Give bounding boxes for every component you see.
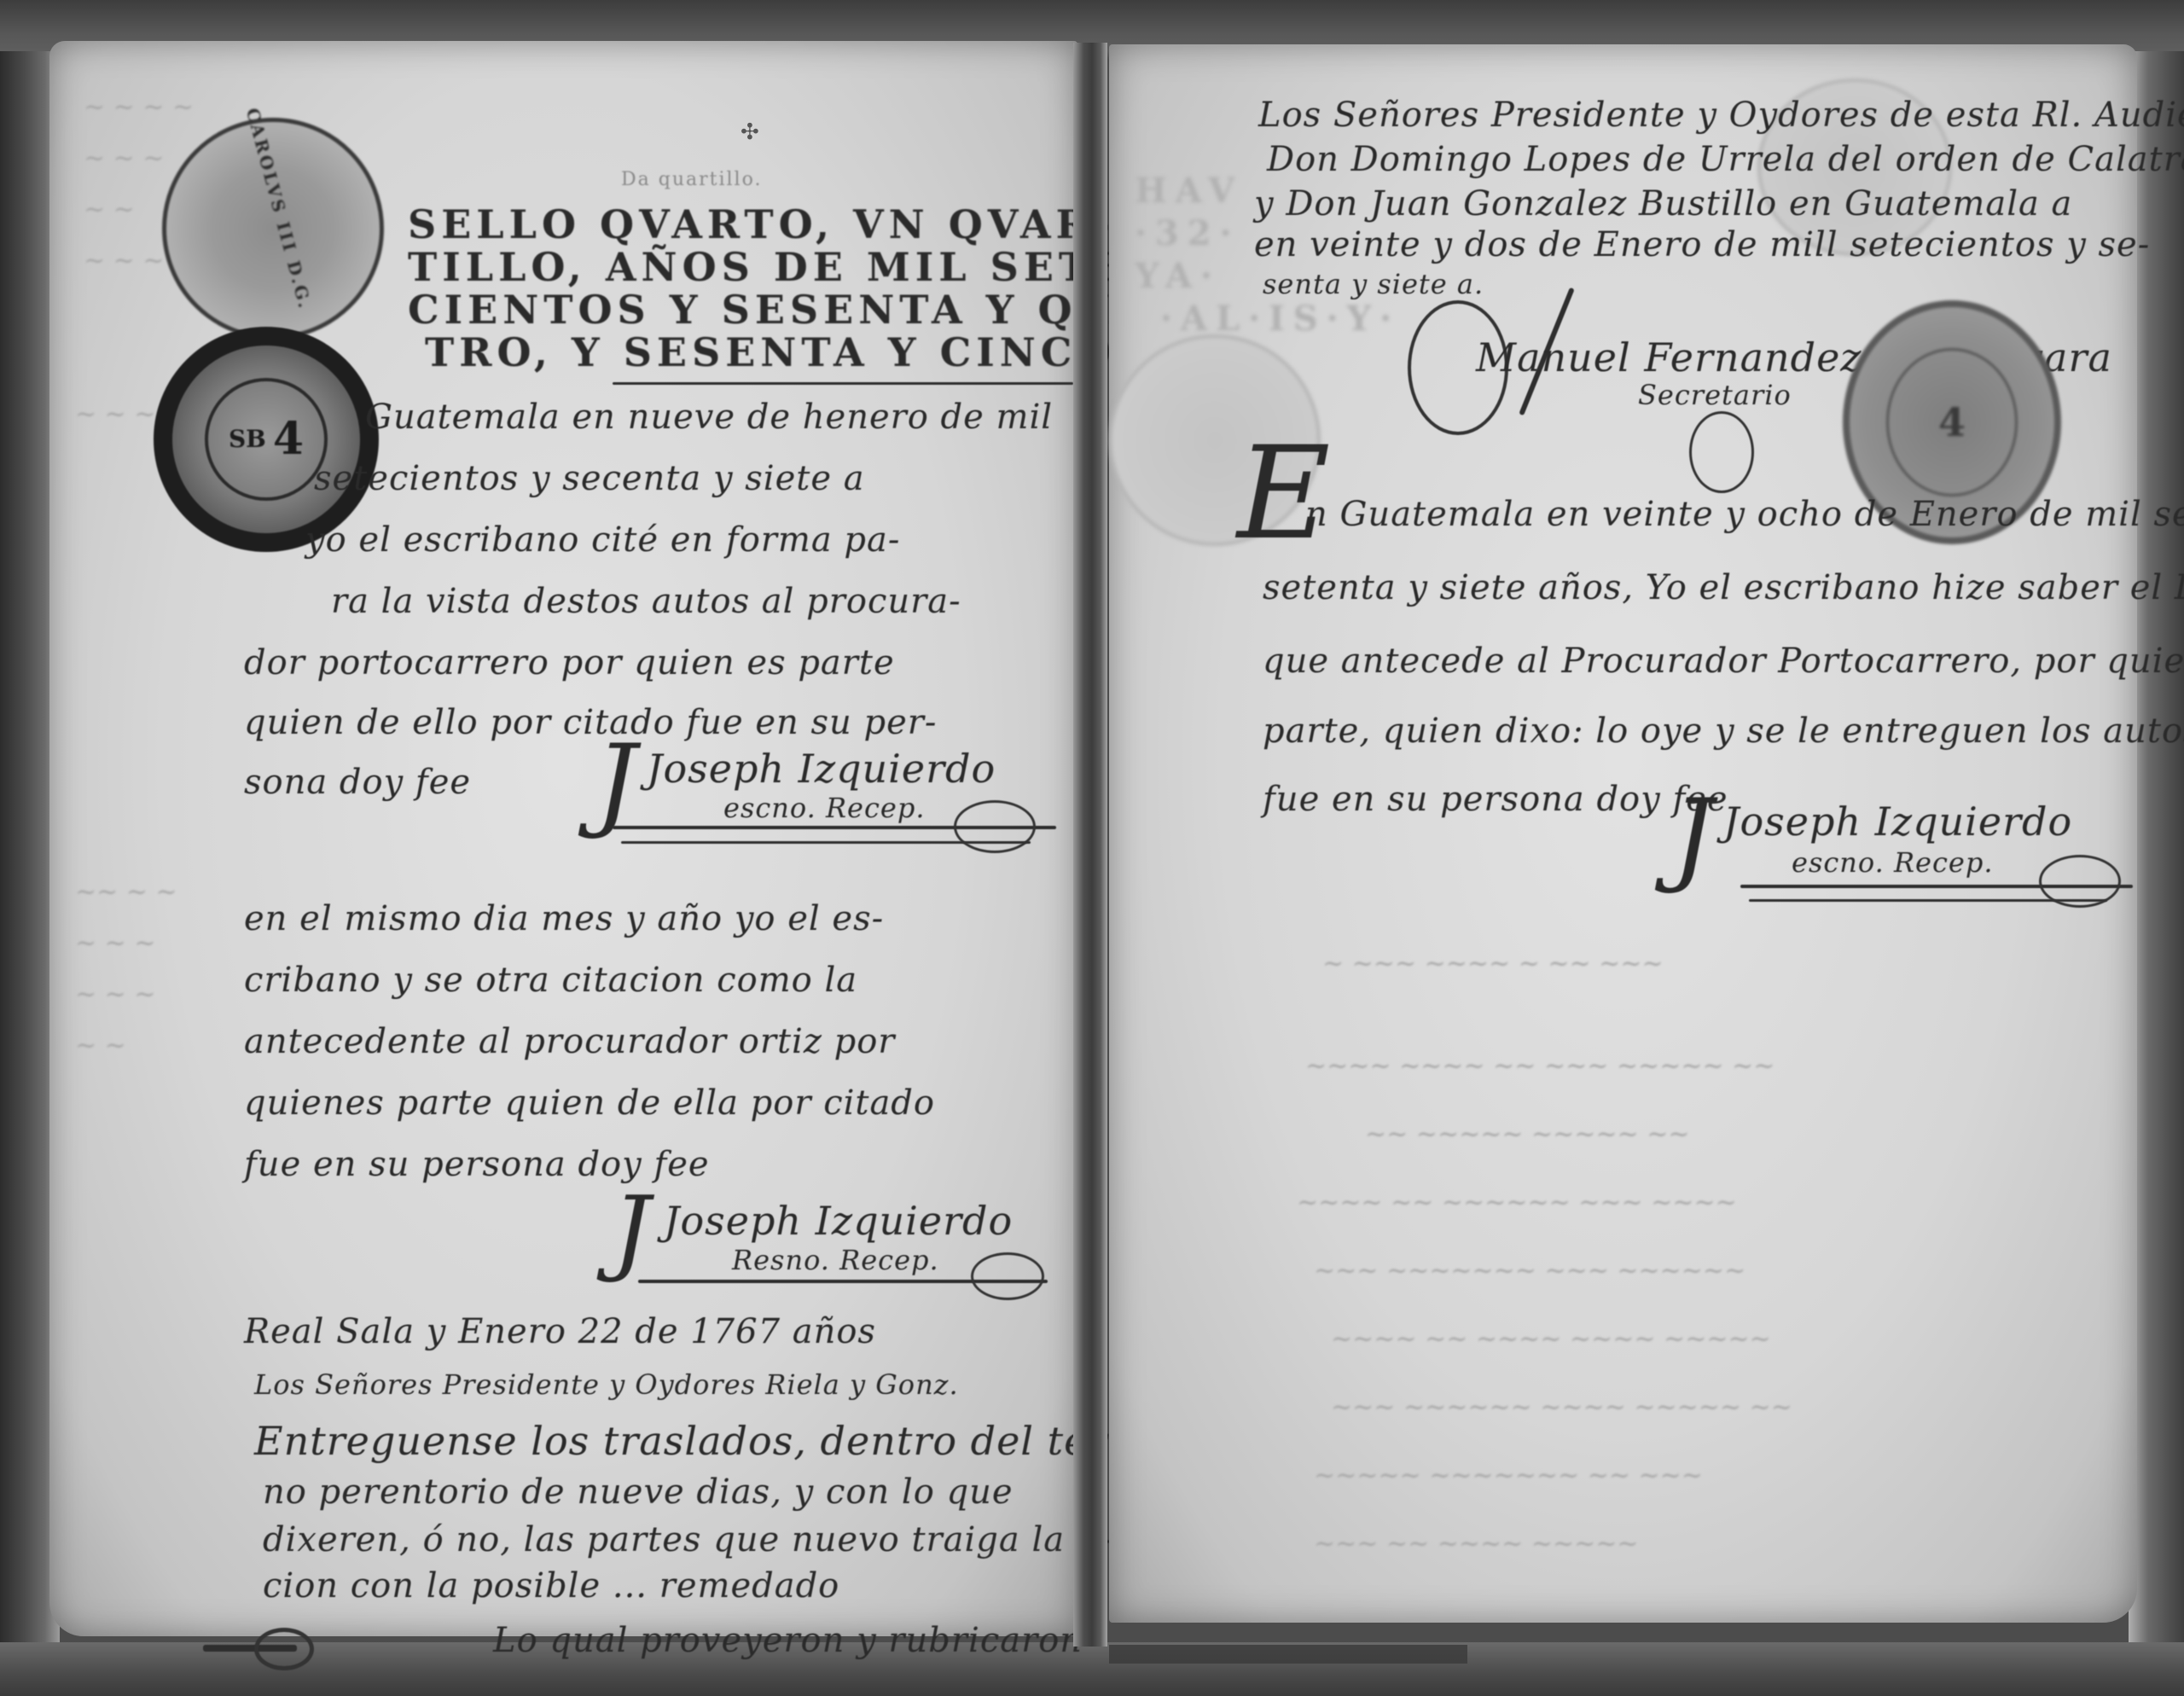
entry-line: sona doy fee	[244, 763, 471, 802]
bleed-through-text: ~~~ ~~ ~~~~ ~~~~~	[1314, 1529, 1639, 1559]
stamp-header-line: TILLO, AÑOS DE MIL SETE-	[408, 244, 1150, 290]
bleed-through-text: ~~~ ~~~~~~~ ~~~ ~~~~~~	[1314, 1256, 1745, 1286]
header-line: en veinte y dos de Enero de mill setecie…	[1254, 225, 2150, 264]
stamp-header-line: CIENTOS Y SESENTA Y QVA-	[408, 287, 1166, 333]
stamp-small-line: Da quartillo.	[621, 169, 762, 190]
bleed-through-stamp-text: YA·	[1135, 256, 1221, 296]
header-line: Don Domingo Lopes de Urrela del orden de…	[1267, 140, 2184, 179]
cross-ornament-icon: ✣	[741, 119, 759, 145]
bleed-through-text: ~~~~ ~~~~ ~~ ~~~ ~~~~~ ~~	[1305, 1051, 1774, 1081]
bleed-through-stamp-text: ·32·	[1135, 213, 1240, 253]
stamp-duty-seal: SB 4	[154, 327, 379, 552]
signature-title: escno. Recep.	[1792, 846, 1993, 879]
bleed-through-text: ~~~~~ ~~~~~~~ ~~ ~~~	[1314, 1461, 1703, 1490]
margin-ghost-text: ~ ~ ~	[75, 399, 155, 429]
margin-ghost-text: ~ ~ ~	[75, 928, 155, 958]
bleed-through-text: ~~ ~~~~~ ~~~~~ ~~	[1365, 1119, 1690, 1149]
rubric-line: Lo qual proveyeron y rubricaron	[493, 1621, 1083, 1660]
entry-line: n Guatemala en veinte y ocho de Enero de…	[1305, 495, 2184, 534]
signature-name: Joseph Izquierdo	[664, 1198, 1013, 1244]
signature-name: Joseph Izquierdo	[647, 746, 996, 792]
margin-ghost-text: ~~ ~ ~	[75, 877, 177, 907]
entry-line: setenta y siete años, Yo el escribano hi…	[1263, 568, 2184, 607]
margin-ghost-text: ~ ~	[84, 195, 135, 224]
entry-line: fue en su persona doy fee	[1263, 780, 1728, 819]
entry-line: dor portocarrero por quien es parte	[244, 643, 895, 682]
seal-number: 4	[273, 413, 304, 465]
signature-title: Resno. Recep.	[732, 1244, 939, 1276]
header-underline	[613, 382, 1073, 385]
bleed-through-text: ~~~~ ~~ ~~~~ ~~~~ ~~~~~	[1331, 1324, 1771, 1354]
bleed-through-stamp-text: ·AL·IS·Y·	[1160, 299, 1400, 339]
seal-center: SB 4	[205, 378, 328, 501]
signature-title: escno. Recep.	[723, 792, 925, 824]
entry-line: ra la vista destos autos al procura-	[331, 582, 961, 621]
stamp-header-line: TRO, Y SESENTA Y CINCO.	[425, 329, 1133, 375]
decree-line: no perentorio de nueve dias, y con lo qu…	[263, 1472, 1014, 1512]
entry-line: yo el escribano cité en forma pa-	[305, 520, 900, 560]
microfilm-scan: ~ ~ ~ ~ ~ ~ ~ ~ ~ ~ ~ ~ ~ ~ ~ ~~ ~ ~ ~ ~…	[0, 0, 2184, 1696]
bleed-through-text: ~~~ ~~~~~~ ~~~~ ~~~~~ ~~	[1331, 1392, 1792, 1422]
bleed-through-text: ~~~~ ~~ ~~~~~~ ~~~ ~~~~	[1297, 1188, 1737, 1217]
royal-arms-seal: CAROLVS III D.G.	[162, 118, 384, 340]
header-line: Los Señores Presidente y Oydores de esta…	[1258, 96, 2184, 135]
margin-ghost-text: ~ ~ ~	[84, 246, 164, 276]
signature-rubric	[2039, 855, 2121, 908]
signature-initial: J	[613, 1176, 650, 1285]
entry-line: quien de ello por citado fue en su per-	[244, 703, 937, 742]
rubric-knot-icon	[254, 1628, 314, 1670]
entry-line: que antecede al Procurador Portocarrero,…	[1263, 642, 2184, 681]
entry-line: antecedente al procurador ortiz por	[244, 1022, 895, 1061]
signature-initial: J	[1672, 778, 1713, 897]
margin-ghost-text: ~ ~	[75, 1031, 126, 1060]
signature-name: Joseph Izquierdo	[1723, 799, 2072, 845]
signature-title: Secretario	[1638, 379, 1792, 411]
bottom-edge-shadow	[1109, 1645, 1467, 1664]
bottom-shadow-band	[0, 1642, 2184, 1696]
margin-ghost-text: ~ ~ ~	[84, 143, 164, 173]
left-page: ~ ~ ~ ~ ~ ~ ~ ~ ~ ~ ~ ~ ~ ~ ~ ~~ ~ ~ ~ ~…	[49, 41, 1077, 1636]
decree-line: dixeren, ó no, las partes que nuevo trai…	[263, 1520, 1118, 1560]
stamp-header-line: SELLO QVARTO, VN QVAR-	[408, 201, 1115, 247]
right-page: HAV ·32· YA· ·AL·IS·Y· Los Señores Presi…	[1109, 44, 2137, 1623]
entry-line: Guatemala en nueve de henero de mil	[365, 398, 1053, 437]
entry-line: quienes parte quien de ella por citado	[244, 1083, 935, 1123]
decree-line: Entreguense los traslados, dentro del te…	[254, 1418, 1173, 1464]
decree-line: Los Señores Presidente y Oydores Riela y…	[254, 1368, 959, 1401]
margin-ghost-text: ~ ~ ~ ~	[84, 92, 194, 122]
header-line: y Don Juan Gonzalez Bustillo en Guatemal…	[1254, 184, 2072, 224]
signature-initial: J	[595, 723, 636, 842]
decree-line: Real Sala y Enero 22 de 1767 años	[244, 1312, 876, 1351]
entry-line: setecientos y secenta y siete a	[314, 459, 865, 498]
margin-ghost-text: ~ ~ ~	[75, 979, 155, 1009]
signature-rubric	[1689, 411, 1754, 493]
seal-center: 4	[1886, 348, 2018, 496]
book-gutter	[1073, 43, 1107, 1647]
signature-rubric	[971, 1252, 1044, 1300]
seal-number: 4	[1938, 399, 1966, 445]
bleed-through-text: ~ ~~~ ~~~~ ~ ~~ ~~~	[1322, 949, 1664, 979]
bleed-through-stamp-text: HAV	[1135, 171, 1243, 211]
entry-line: cribano y se otra citacion como la	[244, 961, 857, 1000]
decree-line: cion con la posible ... remedado	[263, 1566, 839, 1606]
header-line: senta y siete a.	[1263, 268, 1484, 300]
seal-rim-text: CAROLVS III D.G.	[242, 106, 316, 312]
entry-line: parte, quien dixo: lo oye y se le entreg…	[1263, 712, 2184, 751]
entry-initial: E	[1237, 420, 1331, 568]
entry-line: en el mismo dia mes y año yo el es-	[244, 899, 884, 938]
signature-rubric	[954, 800, 1036, 853]
seal-monogram: SB	[229, 425, 266, 453]
